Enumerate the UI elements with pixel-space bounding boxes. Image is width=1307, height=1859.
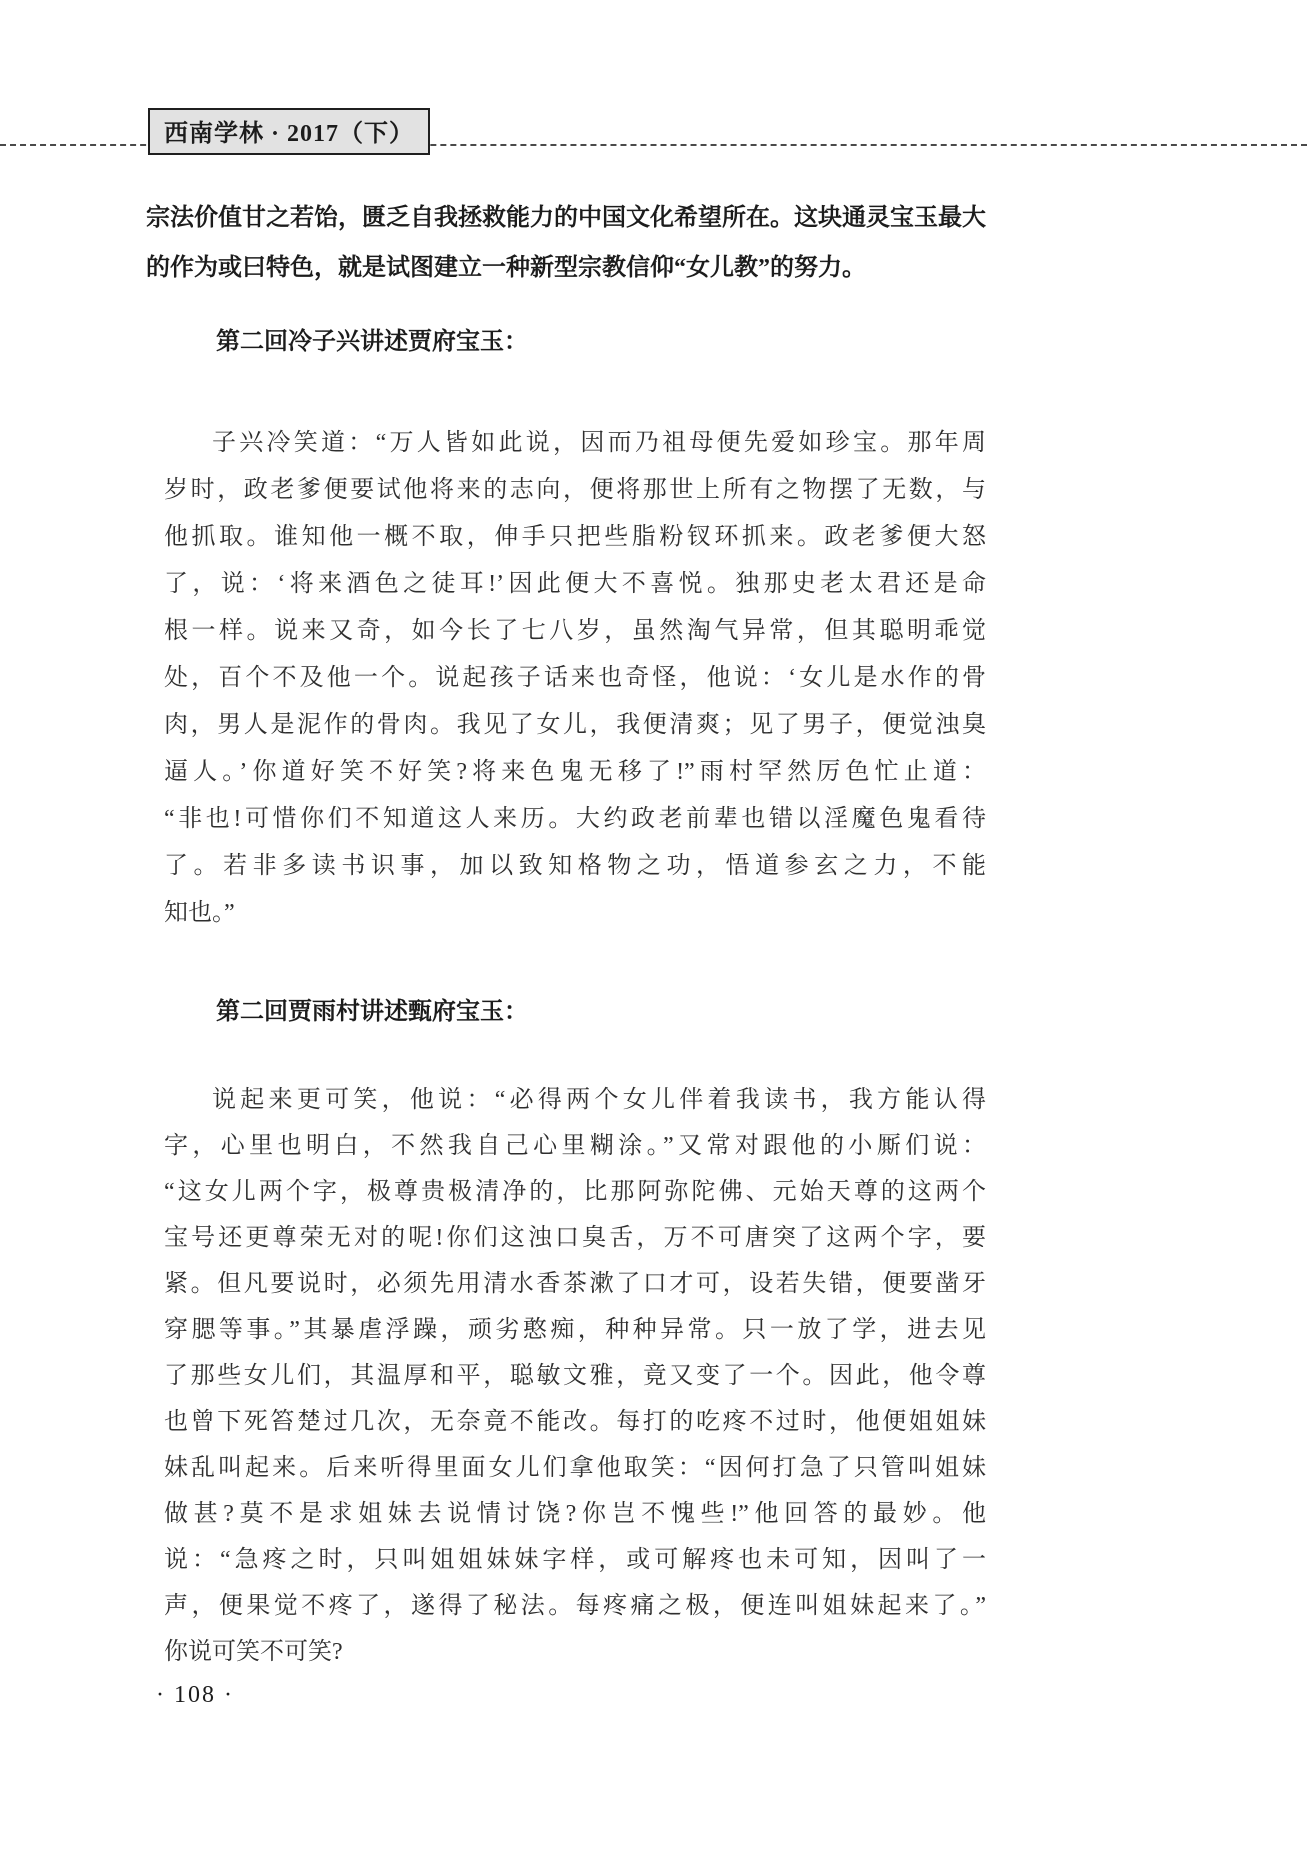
journal-header-box: 西南学林 · 2017（下） [148, 108, 430, 155]
text-line: 声，便果觉不疼了，遂得了秘法。每疼痛之极，便连叫姐妹起来了。” [164, 1583, 986, 1629]
content-column: 宗法价值甘之若饴，匮乏自我拯救能力的中国文化希望所在。这块通灵宝玉最大的作为或曰… [146, 193, 986, 1675]
text-line: 也曾下死笞楚过几次，无奈竟不能改。每打的吃疼不过时，他便姐姐妹 [164, 1399, 986, 1445]
text-line: 说：“急疼之时，只叫姐姐妹妹字样，或可解疼也未可知，因叫了一 [164, 1537, 986, 1583]
section-2-quote: 说起来更可笑，他说：“必得两个女儿伴着我读书，我方能认得字，心里也明白，不然我自… [146, 1077, 986, 1675]
text-line: 宝号还更尊荣无对的呢!你们这浊口臭舌，万不可唐突了这两个字，要 [164, 1215, 986, 1261]
text-line: 处，百个不及他一个。说起孩子话来也奇怪，他说：‘女儿是水作的骨 [164, 655, 986, 702]
text-line: 你说可笑不可笑? [164, 1629, 986, 1675]
text-line: 宗法价值甘之若饴，匮乏自我拯救能力的中国文化希望所在。这块通灵宝玉最大 [146, 193, 986, 243]
text-line: 字，心里也明白，不然我自己心里糊涂。”又常对跟他的小厮们说： [164, 1123, 986, 1169]
text-line: 的作为或曰特色，就是试图建立一种新型宗教信仰“女儿教”的努力。 [146, 243, 986, 293]
section-1-heading: 第二回冷子兴讲述贾府宝玉： [146, 317, 986, 367]
text-line: 穿腮等事。”其暴虐浮躁，顽劣憨痴，种种异常。只一放了学，进去见 [164, 1307, 986, 1353]
section-1-quote: 子兴冷笑道：“万人皆如此说，因而乃祖母便先爱如珍宝。那年周岁时，政老爹便要试他将… [146, 420, 986, 937]
text-line: 紧。但凡要说时，必须先用清水香茶漱了口才可，设若失错，便要凿牙 [164, 1261, 986, 1307]
journal-title: 西南学林 · 2017（下） [164, 121, 414, 147]
text-line: 了，说：‘将来酒色之徒耳!’因此便大不喜悦。独那史老太君还是命 [164, 561, 986, 608]
text-line: 知也。” [164, 890, 986, 937]
text-line: “非也!可惜你们不知道这人来历。大约政老前辈也错以淫魔色鬼看待 [164, 796, 986, 843]
text-line: 他抓取。谁知他一概不取，伸手只把些脂粉钗环抓来。政老爹便大怒 [164, 514, 986, 561]
text-line: 说起来更可笑，他说：“必得两个女儿伴着我读书，我方能认得 [164, 1077, 986, 1123]
intro-paragraph: 宗法价值甘之若饴，匮乏自我拯救能力的中国文化希望所在。这块通灵宝玉最大的作为或曰… [146, 193, 986, 293]
text-line: 妹乱叫起来。后来听得里面女儿们拿他取笑：“因何打急了只管叫姐妹 [164, 1445, 986, 1491]
section-2-heading: 第二回贾雨村讲述甄府宝玉： [146, 987, 986, 1037]
text-line: 根一样。说来又奇，如今长了七八岁，虽然淘气异常，但其聪明乖觉 [164, 608, 986, 655]
text-line: “这女儿两个字，极尊贵极清净的，比那阿弥陀佛、元始天尊的这两个 [164, 1169, 986, 1215]
text-line: 做甚?莫不是求姐妹去说情讨饶?你岂不愧些!”他回答的最妙。他 [164, 1491, 986, 1537]
text-line: 岁时，政老爹便要试他将来的志向，便将那世上所有之物摆了无数，与 [164, 467, 986, 514]
text-line: 肉，男人是泥作的骨肉。我见了女儿，我便清爽；见了男子，便觉浊臭 [164, 702, 986, 749]
text-line: 了那些女儿们，其温厚和平，聪敏文雅，竟又变了一个。因此，他令尊 [164, 1353, 986, 1399]
text-line: 子兴冷笑道：“万人皆如此说，因而乃祖母便先爱如珍宝。那年周 [164, 420, 986, 467]
text-line: 逼人。’你道好笑不好笑?将来色鬼无移了!”雨村罕然厉色忙止道： [164, 749, 986, 796]
text-line: 了。若非多读书识事，加以致知格物之功，悟道参玄之力，不能 [164, 843, 986, 890]
scanned-book-page: 西南学林 · 2017（下） 宗法价值甘之若饴，匮乏自我拯救能力的中国文化希望所… [0, 0, 1307, 1859]
page-number: · 108 · [156, 1682, 234, 1709]
